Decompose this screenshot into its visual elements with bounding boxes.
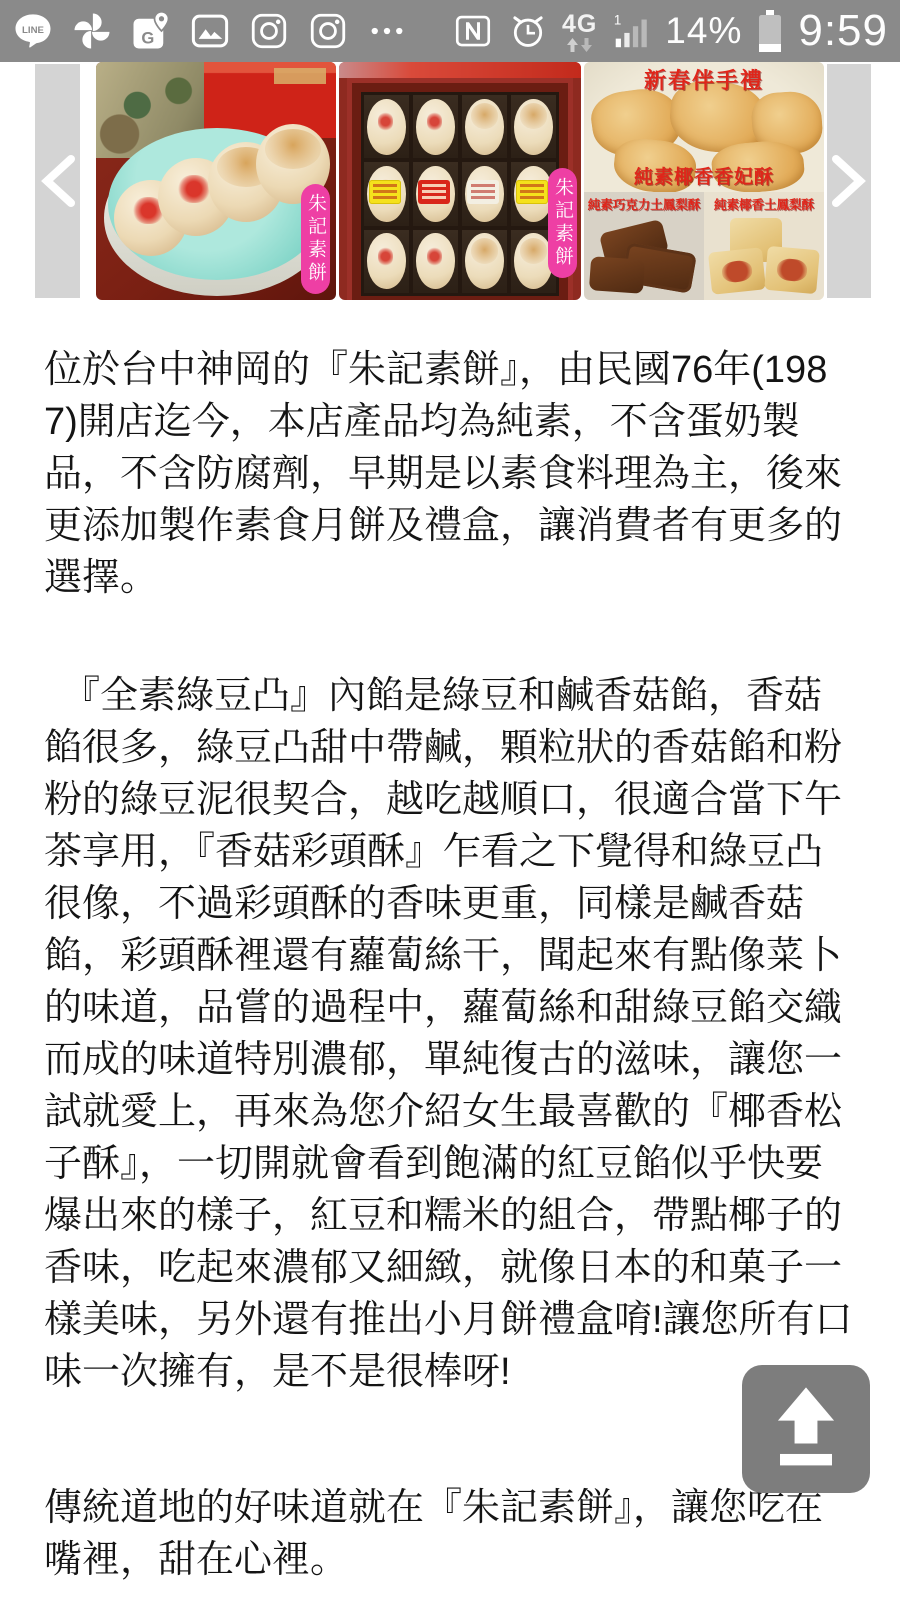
yellow-label [516,180,548,204]
box-lid [339,62,581,78]
collage-top-photo: 新春伴手禮 純素椰香香妃酥 [584,62,824,192]
chevron-right-icon [832,155,866,207]
carousel-prev-button[interactable] [35,64,80,298]
clock-label: 9:59 [798,6,888,56]
carousel-next-button[interactable] [827,64,871,298]
caption-coconut-pineapple-cake: 純素椰香土鳳梨酥 [704,195,824,213]
white-label [467,180,499,204]
chevron-left-icon [41,155,75,207]
mobile-screenshot: LINE G [0,0,900,1600]
yellow-label [369,180,401,204]
battery-icon [755,7,785,55]
carousel-slide-plate-pastries[interactable]: 朱記素餅 [96,62,336,300]
status-indicators: 4G 1 14% 9:59 [452,6,888,56]
instagram-icon [248,10,290,52]
red-gift-box [204,62,336,138]
brand-badge: 朱記素餅 [301,184,330,294]
caption-chocolate-pineapple-cake: 純素巧克力土鳳梨酥 [584,195,704,213]
instagram-icon-2 [307,10,349,52]
status-bar: LINE G [0,0,900,62]
pineapple-cake [764,246,820,294]
signal-strength-icon: 1 [610,10,652,52]
scroll-to-top-button[interactable] [742,1365,870,1493]
svg-text:LINE: LINE [22,25,44,36]
more-notifications-icon [366,10,408,52]
red-label [418,180,450,204]
google-photos-icon [71,10,113,52]
pineapple-cake [708,247,766,294]
collage-bottom-right-photo: 純素椰香土鳳梨酥 [704,192,824,300]
paragraph-shop-intro: 位於台中神岡的『朱記素餅』，由民國76年(1987)開店迄今，本店產品均為純素，… [44,344,856,604]
network-type-label: 4G [562,12,597,37]
paragraph-closing: 傳統道地的好味道就在『朱記素餅』，讓您吃在嘴裡，甜在心裡。 [44,1482,856,1586]
line-icon: LINE [12,10,54,52]
caption-new-year-gift: 新春伴手禮 [584,64,824,95]
caption-coconut-pastry: 純素椰香香妃酥 [584,162,824,189]
collage-bottom-left-photo: 純素巧克力土鳳梨酥 [584,192,704,300]
google-maps-icon: G [130,10,172,52]
alarm-icon [507,10,549,52]
paragraph-product-review: 『全素綠豆凸』內餡是綠豆和鹹香菇餡，香菇餡很多，綠豆凸甜中帶鹹，顆粒狀的香菇餡和… [44,670,856,1398]
brand-badge: 朱記素餅 [548,168,577,278]
pastry-grid [361,92,559,296]
data-activity-arrows [567,38,592,52]
notification-icons: LINE G [12,10,408,52]
nfc-icon [452,10,494,52]
carousel-slide-gift-collage[interactable]: 新春伴手禮 純素椰香香妃酥 純素巧克力土鳳梨酥 純素椰香土鳳梨酥 [584,62,824,300]
carousel-slide-gift-box[interactable]: 朱記素餅 [339,62,581,300]
battery-percent-label: 14% [665,10,742,52]
box-frame [347,78,573,300]
sim-slot-number: 1 [614,12,621,27]
image-carousel: 朱記素餅 朱記素餅 [0,62,900,302]
svg-text:G: G [141,28,154,47]
arrow-up-icon [754,1377,858,1481]
network-4g-indicator: 4G [562,12,597,52]
chocolate-pastry [589,256,645,294]
gallery-icon [189,10,231,52]
